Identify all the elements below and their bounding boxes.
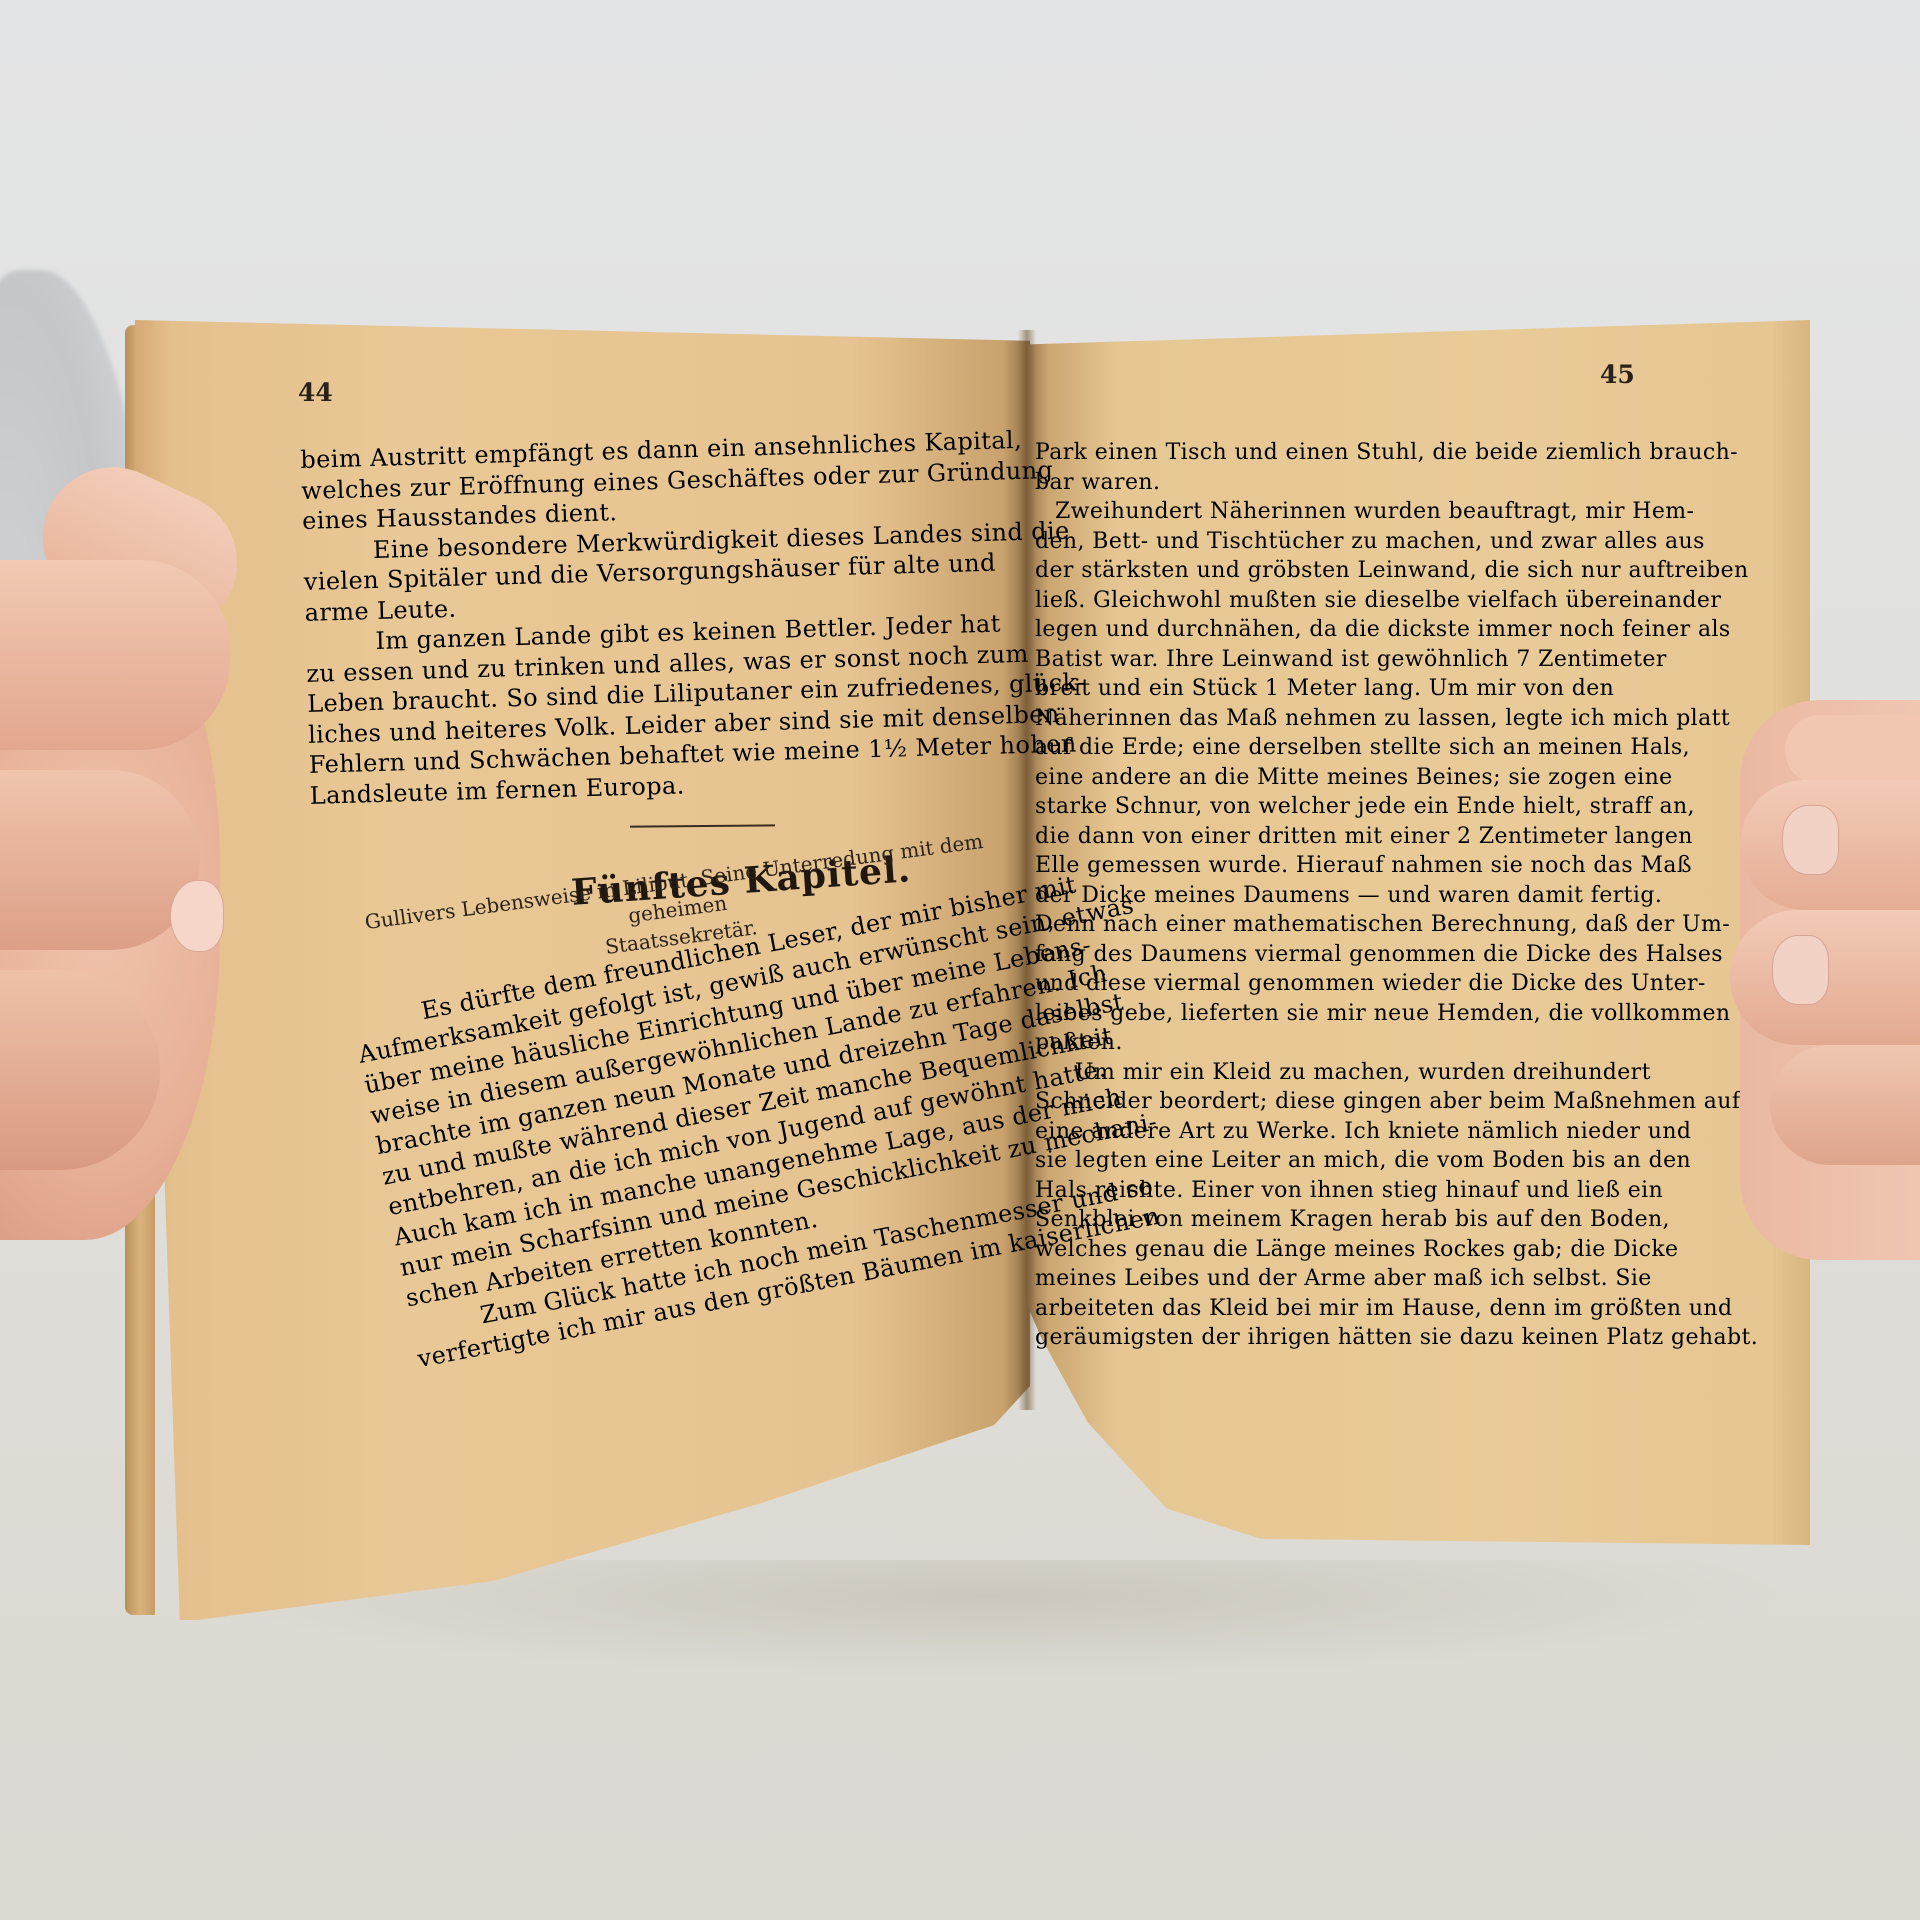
- left-thumbnail: [170, 880, 224, 952]
- right-fingernail: [1772, 935, 1829, 1005]
- text-line: paßten.: [1035, 1028, 1635, 1058]
- right-thumb: [1785, 715, 1920, 785]
- text-line: der Dicke meines Daumens — und waren dam…: [1035, 881, 1635, 911]
- text-line: die dann von einer dritten mit einer 2 Z…: [1035, 822, 1635, 852]
- text-line: bar waren.: [1035, 468, 1635, 498]
- text-line: Denn nach einer mathematischen Berechnun…: [1035, 910, 1635, 940]
- text-line: welches genau die Länge meines Rockes ga…: [1035, 1235, 1635, 1265]
- right-page-text: Park einen Tisch und einen Stuhl, die be…: [1035, 438, 1635, 1353]
- text-line: Senkblei von meinem Kragen herab bis auf…: [1035, 1205, 1635, 1235]
- text-line: und diese viermal genommen wieder die Di…: [1035, 969, 1635, 999]
- photo-scene: 44 beim Austritt empfängt es dann ein an…: [0, 0, 1920, 1920]
- text-line: auf die Erde; eine derselben stellte sic…: [1035, 733, 1635, 763]
- text-line: Park einen Tisch und einen Stuhl, die be…: [1035, 438, 1635, 468]
- left-finger: [0, 560, 230, 750]
- text-line: starke Schnur, von welcher jede ein Ende…: [1035, 792, 1635, 822]
- text-line: breit und ein Stück 1 Meter lang. Um mir…: [1035, 674, 1635, 704]
- text-line: Batist war. Ihre Leinwand ist gewöhnlich…: [1035, 645, 1635, 675]
- text-line: eine andere Art zu Werke. Ich kniete näm…: [1035, 1117, 1635, 1147]
- text-line: legen und durchnähen, da die dickste imm…: [1035, 615, 1635, 645]
- left-page-text: beim Austritt empfängt es dann ein anseh…: [300, 425, 1015, 811]
- text-line: arbeiteten das Kleid bei mir im Hause, d…: [1035, 1294, 1635, 1324]
- right-finger: [1770, 1045, 1920, 1165]
- text-line: eine andere an die Mitte meines Beines; …: [1035, 763, 1635, 793]
- text-line: Hals reichte. Einer von ihnen stieg hina…: [1035, 1176, 1635, 1206]
- text-line: Um mir ein Kleid zu machen, wurden dreih…: [1035, 1058, 1635, 1088]
- page-number-left: 44: [298, 378, 333, 407]
- text-line: ließ. Gleichwohl mußten sie dieselbe vie…: [1035, 586, 1635, 616]
- text-line: meines Leibes und der Arme aber maß ich …: [1035, 1264, 1635, 1294]
- text-line: Näherinnen das Maß nehmen zu lassen, leg…: [1035, 704, 1635, 734]
- text-line: der stärksten und gröbsten Leinwand, die…: [1035, 556, 1635, 586]
- text-line: geräumigsten der ihrigen hätten sie dazu…: [1035, 1323, 1635, 1353]
- text-line: sie legten eine Leiter an mich, die vom …: [1035, 1146, 1635, 1176]
- text-line: Schneider beordert; diese gingen aber be…: [1035, 1087, 1635, 1117]
- text-line: Elle gemessen wurde. Hierauf nahmen sie …: [1035, 851, 1635, 881]
- text-line: den, Bett- und Tischtücher zu machen, un…: [1035, 527, 1635, 557]
- right-fingernail: [1782, 805, 1839, 875]
- text-line: fang des Daumens viermal genommen die Di…: [1035, 940, 1635, 970]
- text-line: leibes gebe, lieferten sie mir neue Hemd…: [1035, 999, 1635, 1029]
- page-number-right: 45: [1600, 360, 1635, 389]
- text-line: Zweihundert Näherinnen wurden beauftragt…: [1035, 497, 1635, 527]
